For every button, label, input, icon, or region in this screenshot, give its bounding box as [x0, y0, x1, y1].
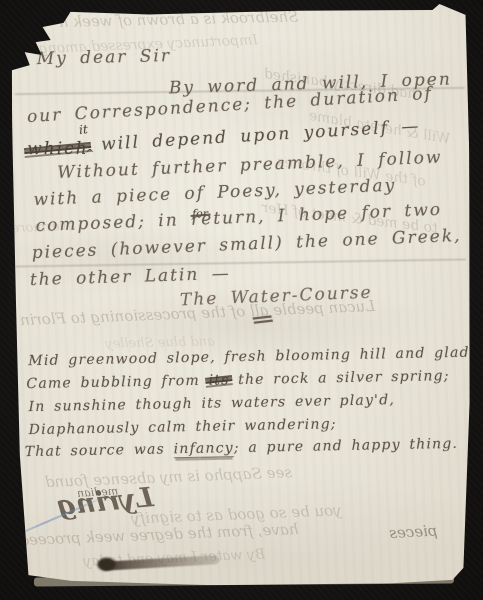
underlined-word: infancy: [173, 440, 234, 458]
letter-line: the other Latin —: [30, 264, 231, 290]
poem-line: Diaphanously calm their wandering;: [29, 416, 337, 438]
poem-line: In sunshine though its waters ever play'…: [28, 392, 395, 415]
crossed-out-word: its: [208, 372, 229, 388]
crossed-out-word: which: [27, 139, 89, 159]
letter-line: will depend upon yourself —: [101, 116, 421, 154]
poem-line-text: ; a pure and happy thing.: [234, 436, 459, 456]
manuscript-paper: Shelbrook is a brown of week h Importuna…: [8, 3, 473, 591]
poem-line: Came bubbling from its the rock a silver…: [26, 368, 450, 392]
poem-line-text: Came bubbling from: [26, 373, 200, 392]
poem-line: That source was infancy; a pure and happ…: [25, 436, 459, 460]
poem-line-text: the rock a silver spring;: [238, 368, 450, 388]
letter-salutation: My dear Sir: [37, 46, 172, 69]
poem-line: Mid greenwood slope, fresh blooming hill…: [28, 344, 483, 369]
photo-background: Shelbrook is a brown of week h Importuna…: [0, 0, 483, 600]
bleedthrough-line: Shelbrook is a brown of week h: [58, 8, 298, 31]
caret-mark: ^: [85, 147, 94, 160]
bleedthrough-line: pieces: [389, 521, 438, 542]
poem-line-text: That source was: [25, 441, 174, 460]
inserted-word: it: [79, 122, 89, 137]
bleedthrough-layer: Shelbrook is a brown of week h Importuna…: [8, 3, 470, 5]
